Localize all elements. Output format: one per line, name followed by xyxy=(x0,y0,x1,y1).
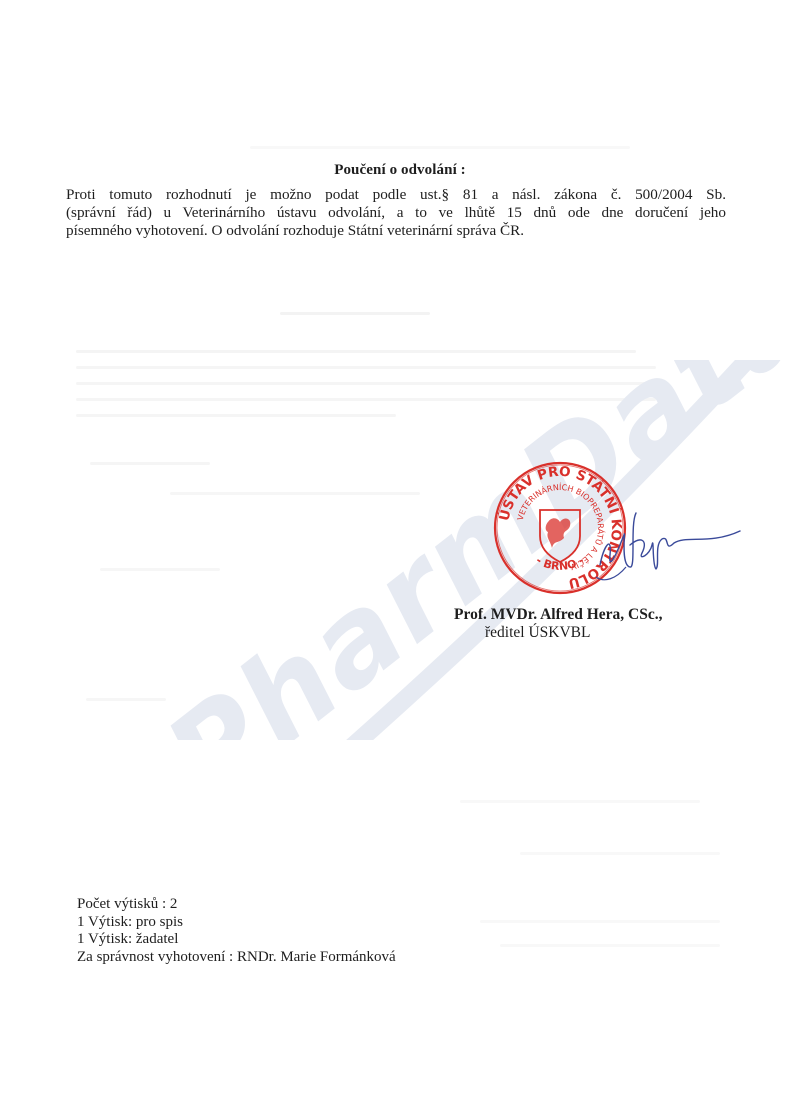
bleed-through-mark xyxy=(460,800,700,803)
signatory-title: ředitel ÚSKVBL xyxy=(485,624,590,642)
bleed-through-mark xyxy=(280,312,430,315)
distribution-footer: Počet výtisků : 2 1 Výtisk: pro spis 1 V… xyxy=(77,896,396,966)
bleed-through-mark xyxy=(480,920,720,923)
signatory-name: Prof. MVDr. Alfred Hera, CSc., xyxy=(454,606,663,624)
copies-count: Počet výtisků : 2 xyxy=(77,896,396,914)
bleed-through-mark xyxy=(76,398,656,401)
paragraph-line: Proti tomuto rozhodnutí je možno podat p… xyxy=(66,186,726,204)
appeal-instruction-heading: Poučení o odvolání : xyxy=(0,162,800,179)
prepared-by: Za správnost vyhotovení : RNDr. Marie Fo… xyxy=(77,949,396,967)
bleed-through-mark xyxy=(76,414,396,417)
document-page: PharmData s.r.o. Poučení o odvolání : Pr… xyxy=(0,0,800,1100)
bleed-through-mark xyxy=(76,366,656,369)
bleed-through-mark xyxy=(76,382,656,385)
bleed-through-mark xyxy=(520,852,720,855)
bleed-through-mark xyxy=(100,568,220,571)
bleed-through-mark xyxy=(250,146,630,149)
copy-recipient-applicant: 1 Výtisk: žadatel xyxy=(77,931,396,949)
copy-recipient-file: 1 Výtisk: pro spis xyxy=(77,914,396,932)
appeal-instruction-paragraph: Proti tomuto rozhodnutí je možno podat p… xyxy=(66,186,726,240)
bleed-through-mark xyxy=(86,698,166,701)
bleed-through-mark xyxy=(500,944,720,947)
svg-text:- BRNO -: - BRNO - xyxy=(534,554,587,573)
bleed-through-mark xyxy=(76,350,636,353)
handwritten-signature xyxy=(590,505,750,585)
paragraph-line: písemného vyhotovení. O odvolání rozhodu… xyxy=(66,222,726,240)
paragraph-line: (správní řád) u Veterinárního ústavu odv… xyxy=(66,204,726,222)
bleed-through-mark xyxy=(90,462,210,465)
bleed-through-mark xyxy=(170,492,420,495)
